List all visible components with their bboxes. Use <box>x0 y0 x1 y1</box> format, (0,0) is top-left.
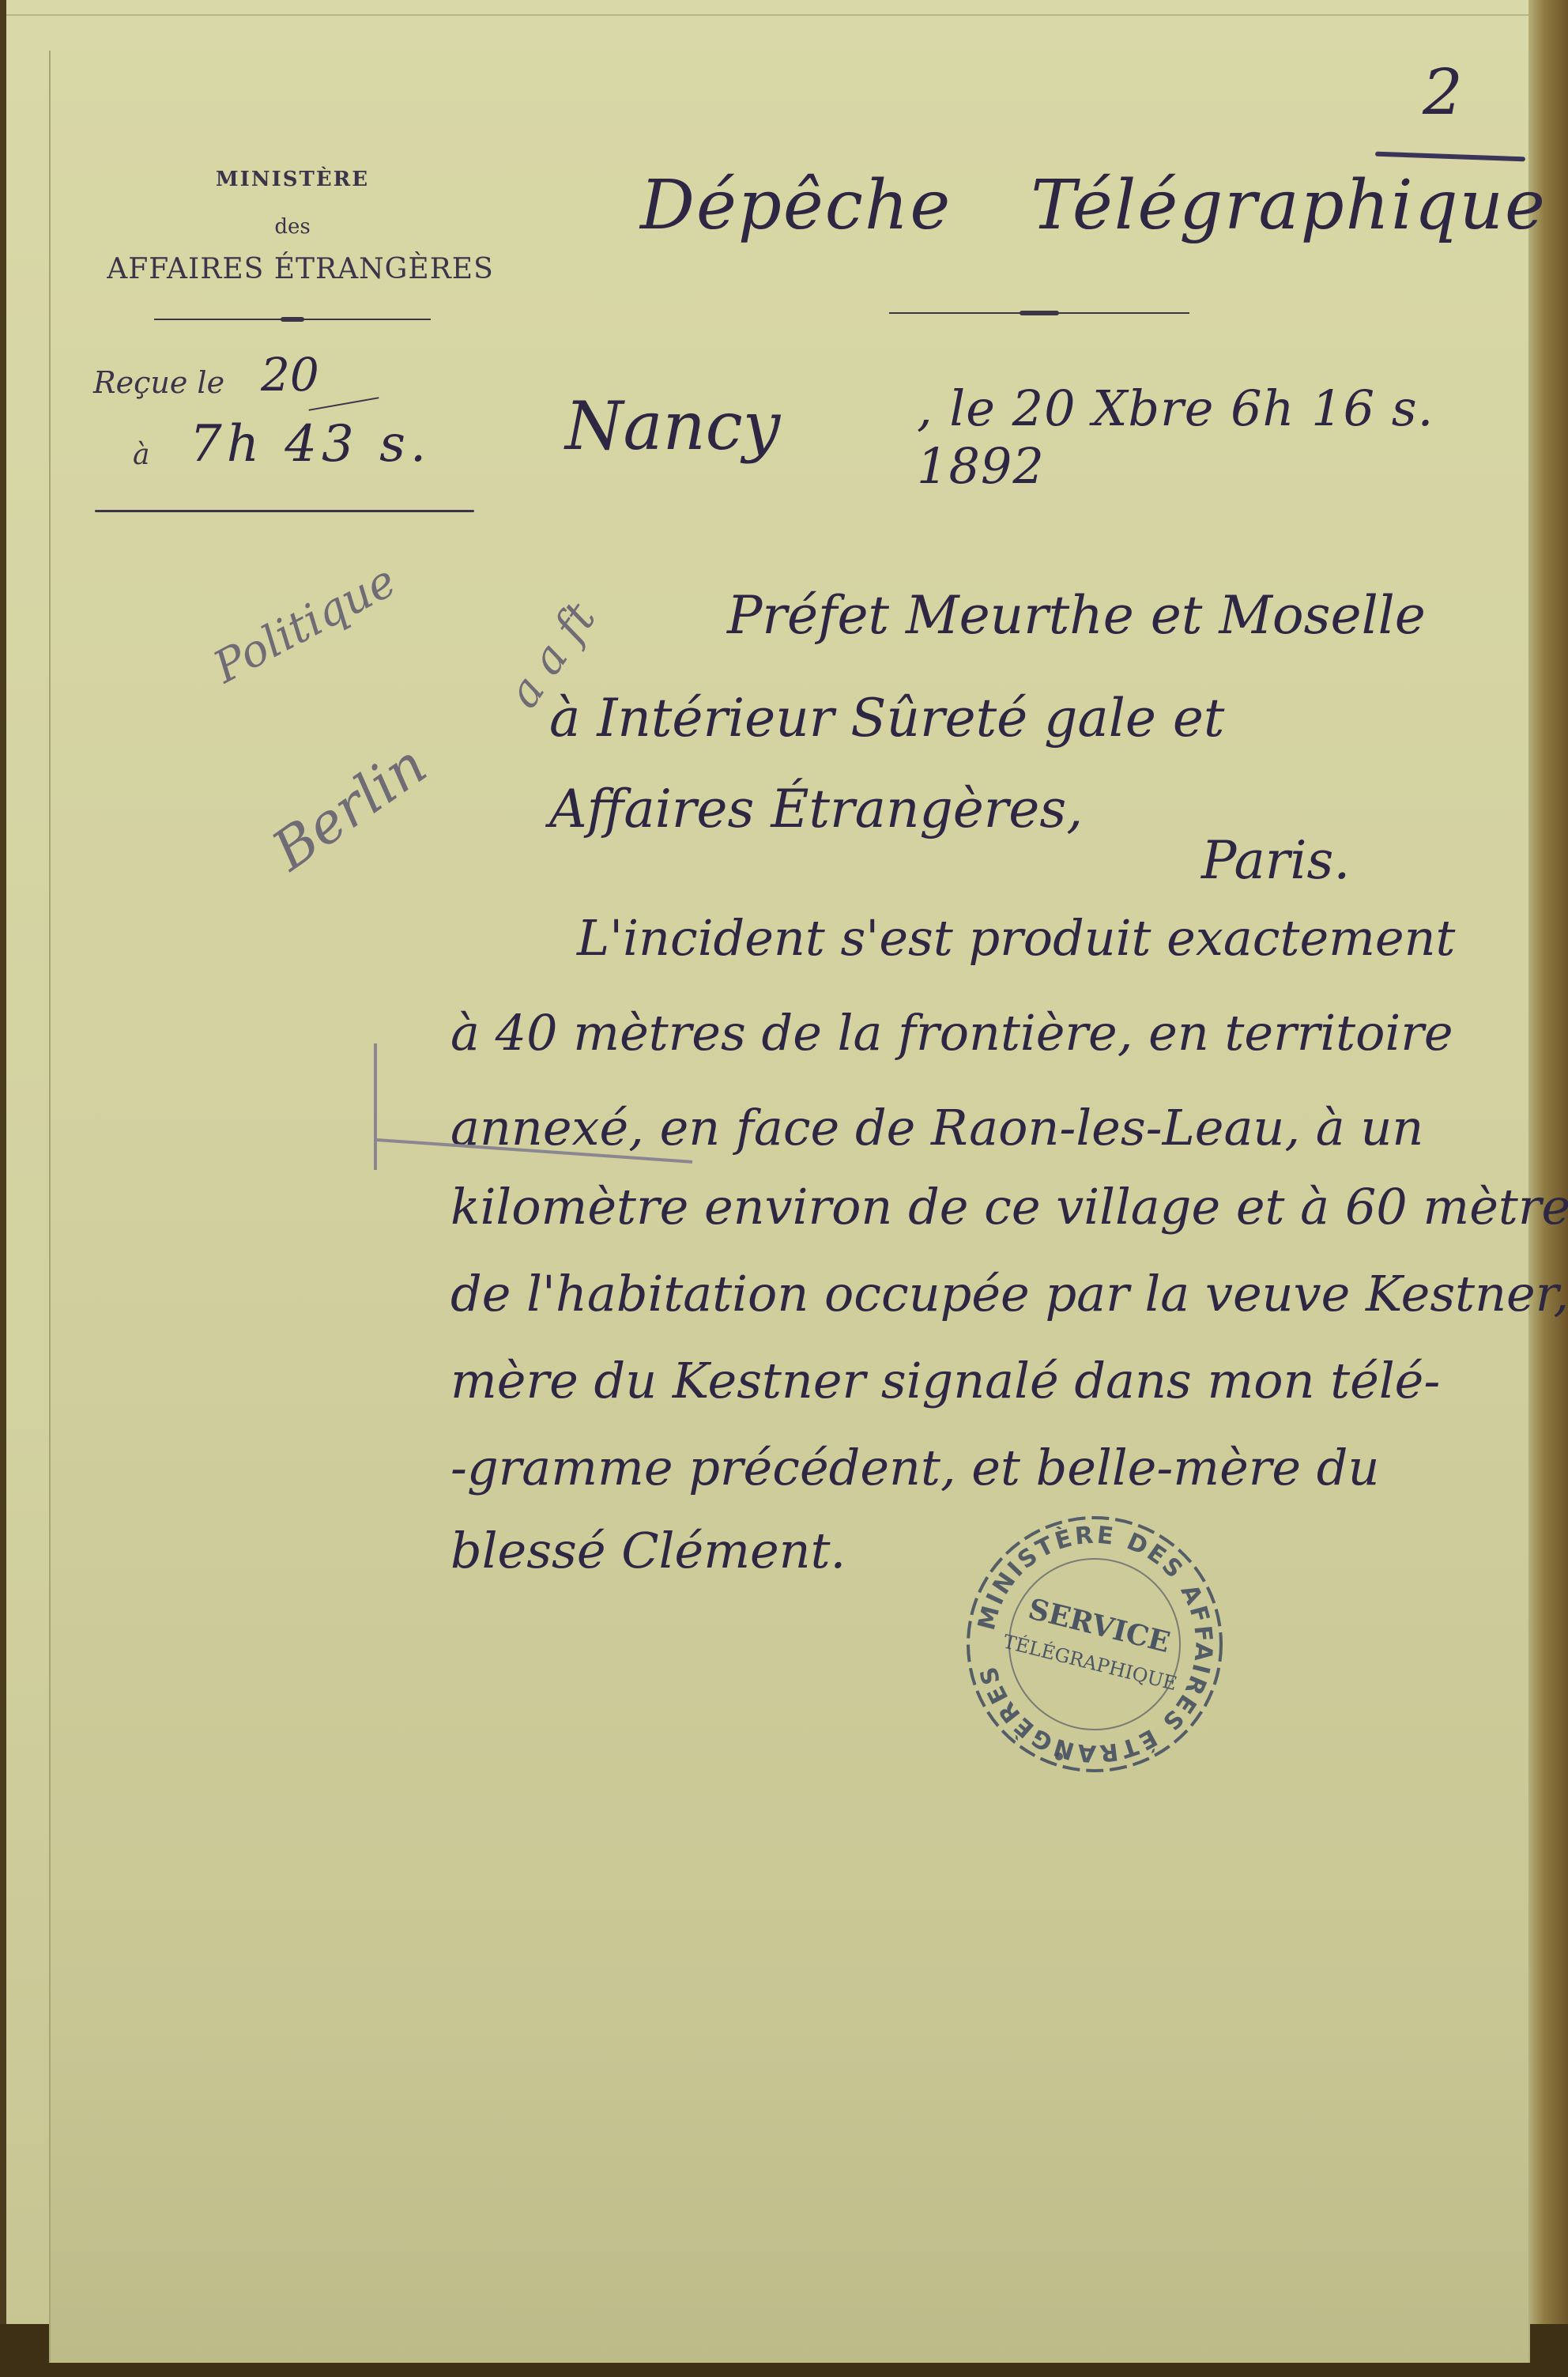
received-at-label: à <box>133 439 149 471</box>
letterhead-des: des <box>95 215 490 239</box>
body-line: annexé, en face de Raon-les-Leau, à un <box>450 1099 1423 1156</box>
letterhead-ministere: MINISTÈRE <box>95 168 490 191</box>
origin-date: , le 20 Xbre 6h 16 s. 1892 <box>917 379 1568 495</box>
received-label: Reçue le <box>93 365 224 400</box>
left-edge-shadow <box>0 0 6 2377</box>
addressee-line-2: à Intérieur Sûreté gale et <box>549 688 1224 749</box>
letterhead-rule-ornament <box>281 317 304 322</box>
received-day: 20 <box>261 348 319 402</box>
pencil-bracket-mark <box>374 1043 377 1170</box>
body-line: -gramme précédent, et belle-mère du <box>450 1439 1379 1496</box>
backing-fold-line <box>0 14 1568 16</box>
stamp-seal-icon: MINISTÈRE DES AFFAIRES ÉTRANGÈRES SERVIC… <box>960 1510 1229 1779</box>
addressee-line-3: Affaires Étrangères, <box>549 779 1083 839</box>
body-line: à 40 mètres de la frontière, en territoi… <box>450 1004 1453 1062</box>
received-time: 7h 43 s. <box>190 415 431 474</box>
received-flourish-rule <box>95 510 474 512</box>
service-telegraphique-stamp: MINISTÈRE DES AFFAIRES ÉTRANGÈRES SERVIC… <box>960 1510 1229 1779</box>
addressee-line-4: Paris. <box>1201 830 1350 891</box>
addressee-line-1: Préfet Meurthe et Moselle <box>727 585 1426 646</box>
title-word-depeche: Dépêche <box>640 166 952 245</box>
letterhead-affaires-etrangeres: AFFAIRES ÉTRANGÈRES <box>79 253 522 285</box>
body-line: kilomètre environ de ce village et à 60 … <box>450 1178 1568 1236</box>
body-line: de l'habitation occupée par la veuve Kes… <box>450 1265 1568 1322</box>
body-line: mère du Kestner signalé dans mon télé- <box>450 1352 1440 1409</box>
document-title: DépêcheTélégraphique <box>640 166 1547 245</box>
body-line: L'incident s'est produit exactement <box>577 909 1455 967</box>
folio-number: 2 <box>1423 55 1463 129</box>
origin-place: Nancy <box>565 387 780 465</box>
title-word-telegraphique: Télégraphique <box>1031 166 1547 245</box>
title-rule-ornament <box>1020 311 1059 315</box>
body-line: blessé Clément. <box>450 1522 846 1579</box>
